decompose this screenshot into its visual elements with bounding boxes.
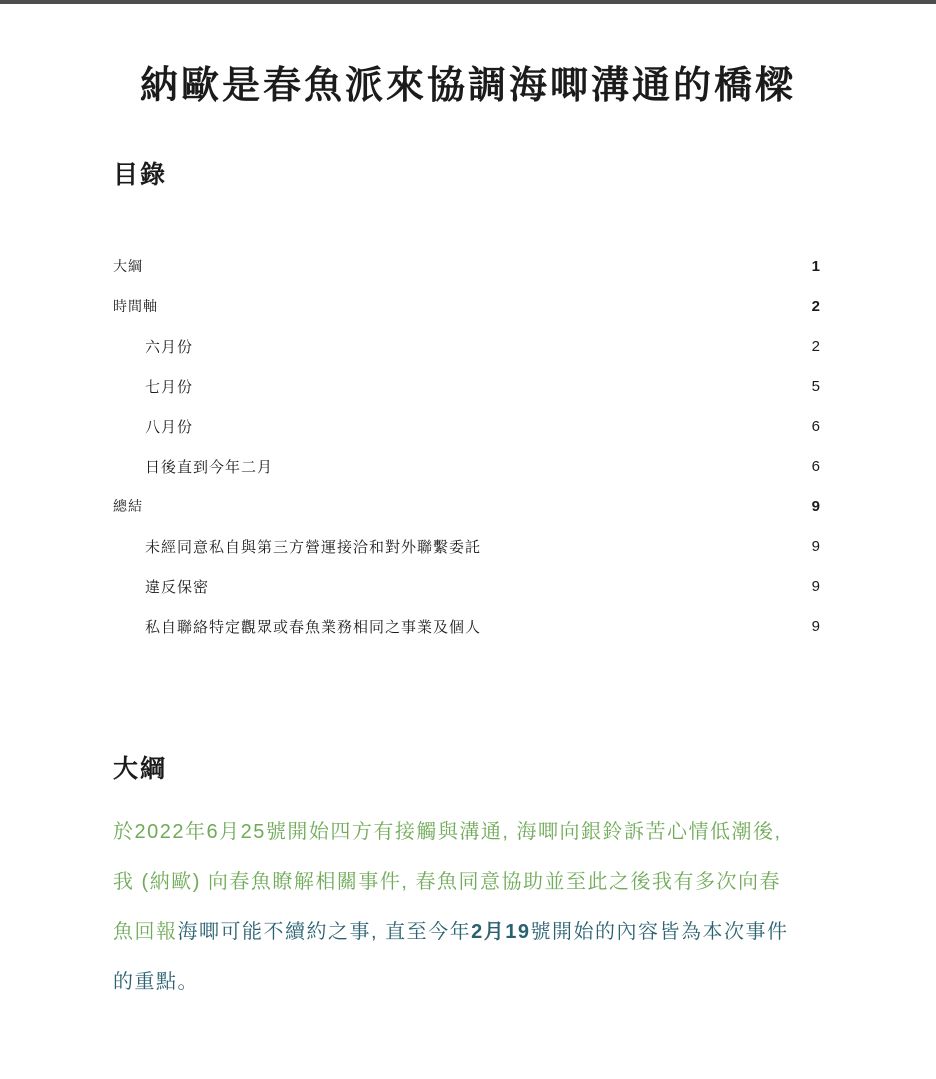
toc-entry-label: 七月份 bbox=[113, 376, 193, 397]
table-of-contents: 大綱 1 時間軸 2 六月份 2 七月份 5 八月份 6 日後直到今年二月 6 … bbox=[113, 246, 820, 646]
toc-entry-page-number: 2 bbox=[806, 298, 820, 315]
paragraph-line: 的重點。 bbox=[113, 957, 839, 1007]
paragraph-segment: 海唧可能不續約之事, 直至今年 bbox=[178, 921, 472, 943]
toc-entry-page-number: 5 bbox=[806, 378, 820, 395]
paragraph-segment: 號開始的內容皆為本次事件 bbox=[531, 921, 789, 943]
outline-paragraph: 於2022年6月25號開始四方有接觸與溝通, 海唧向銀鈴訴苦心情低潮後,我 (納… bbox=[113, 807, 839, 1007]
paragraph-line: 於2022年6月25號開始四方有接觸與溝通, 海唧向銀鈴訴苦心情低潮後, bbox=[113, 807, 839, 857]
toc-entry[interactable]: 八月份 6 bbox=[113, 406, 820, 446]
paragraph-segment: 魚回報 bbox=[113, 921, 178, 943]
toc-entry[interactable]: 日後直到今年二月 6 bbox=[113, 446, 820, 486]
document-page: 納歐是春魚派來協調海唧溝通的橋樑 目錄 大綱 1 時間軸 2 六月份 2 七月份… bbox=[0, 0, 936, 1079]
toc-entry[interactable]: 未經同意私自與第三方營運接洽和對外聯繫委託 9 bbox=[113, 526, 820, 566]
paragraph-segment: 我 (納歐) 向春魚瞭解相關事件, 春魚同意協助並至此之後我有多次向春 bbox=[113, 871, 781, 893]
toc-entry[interactable]: 時間軸 2 bbox=[113, 286, 820, 326]
paragraph-line: 我 (納歐) 向春魚瞭解相關事件, 春魚同意協助並至此之後我有多次向春 bbox=[113, 857, 839, 907]
toc-entry-label: 大綱 bbox=[113, 256, 143, 276]
toc-entry[interactable]: 違反保密 9 bbox=[113, 566, 820, 606]
toc-entry-label: 六月份 bbox=[113, 336, 193, 357]
toc-entry-page-number: 1 bbox=[806, 258, 820, 275]
section-heading-outline: 大綱 bbox=[113, 749, 167, 785]
paragraph-segment: 的重點。 bbox=[113, 971, 199, 993]
toc-entry-label: 八月份 bbox=[113, 416, 193, 437]
paragraph-segment: 於2022年6月25號開始四方有接觸與溝通, 海唧向銀鈴訴苦心情低潮後, bbox=[113, 821, 782, 843]
toc-entry-label: 日後直到今年二月 bbox=[113, 456, 273, 477]
toc-entry-page-number: 9 bbox=[806, 618, 820, 635]
toc-entry[interactable]: 大綱 1 bbox=[113, 246, 820, 286]
toc-entry-page-number: 9 bbox=[806, 578, 820, 595]
toc-entry-page-number: 2 bbox=[806, 338, 820, 355]
toc-entry-label: 時間軸 bbox=[113, 296, 158, 316]
toc-entry-page-number: 6 bbox=[806, 458, 820, 475]
toc-entry-page-number: 9 bbox=[806, 538, 820, 555]
toc-entry-page-number: 9 bbox=[806, 498, 820, 515]
toc-entry-label: 總結 bbox=[113, 496, 143, 516]
toc-entry-page-number: 6 bbox=[806, 418, 820, 435]
toc-entry[interactable]: 六月份 2 bbox=[113, 326, 820, 366]
toc-entry[interactable]: 七月份 5 bbox=[113, 366, 820, 406]
toc-entry-label: 未經同意私自與第三方營運接洽和對外聯繫委託 bbox=[113, 536, 481, 557]
toc-entry-label: 違反保密 bbox=[113, 576, 209, 597]
document-title: 納歐是春魚派來協調海唧溝通的橋樑 bbox=[0, 54, 936, 109]
toc-entry[interactable]: 私自聯絡特定觀眾或春魚業務相同之事業及個人 9 bbox=[113, 606, 820, 646]
toc-entry-label: 私自聯絡特定觀眾或春魚業務相同之事業及個人 bbox=[113, 616, 481, 637]
toc-heading: 目錄 bbox=[113, 155, 167, 191]
paragraph-segment: 2月19 bbox=[471, 921, 530, 943]
paragraph-line: 魚回報海唧可能不續約之事, 直至今年2月19號開始的內容皆為本次事件 bbox=[113, 907, 839, 957]
window-top-border bbox=[0, 0, 936, 4]
toc-entry[interactable]: 總結 9 bbox=[113, 486, 820, 526]
